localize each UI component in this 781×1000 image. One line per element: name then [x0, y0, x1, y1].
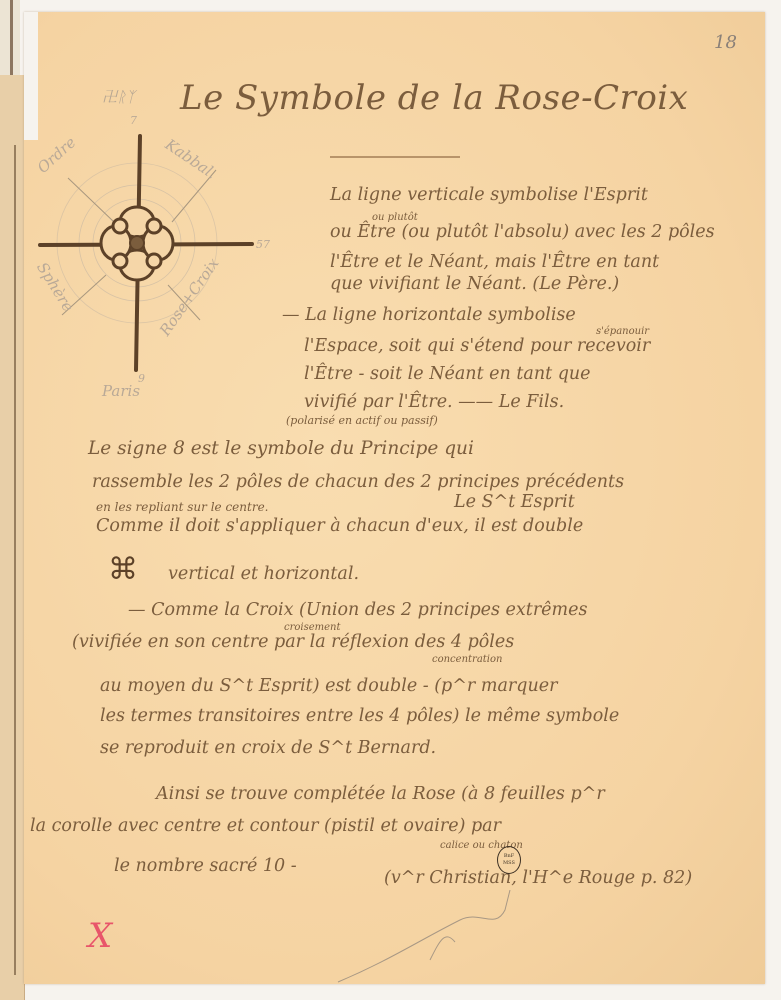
paragraph-horizontal-line-3: l'Être - soit le Néant en tant que — [304, 364, 591, 384]
paragraph-cross-union-3: au moyen du S^t Esprit) est double - (p^… — [100, 676, 557, 696]
library-stamp: BnF MSS — [497, 846, 521, 874]
paragraph-horizontal-line-4: vivifié par l'Être. —— Le Fils. — [304, 392, 564, 412]
note-polarise: (polarisé en actif ou passif) — [286, 414, 438, 427]
paragraph-vertical-line-3: l'Être et le Néant, mais l'Être en tant — [330, 252, 659, 272]
paragraph-rose-complete-1: Ainsi se trouve complétée la Rose (à 8 f… — [156, 784, 605, 804]
diagram-tick-bottom: 9 — [138, 372, 145, 385]
underlying-page-border — [14, 145, 16, 975]
pencil-scribble — [330, 890, 590, 990]
label-saint-esprit: Le S^t Esprit — [454, 492, 575, 512]
red-pencil-mark: X — [88, 916, 112, 956]
stamp-line-1: BnF — [504, 853, 514, 860]
quatrefoil-icon: ⌘ — [108, 552, 138, 587]
paragraph-cross-union-1: — Comme la Croix (Union des 2 principes … — [128, 600, 587, 620]
binding-thread — [10, 0, 13, 75]
pencil-annotation: 卍ᚱᛉ — [102, 86, 135, 107]
paragraph-vertical-line-2: ou Être (ou plutôt l'absolu) avec les 2 … — [330, 222, 715, 242]
paragraph-horizontal-line-2: l'Espace, soit qui s'étend pour recevoir — [304, 336, 650, 356]
paragraph-sign-eight-2: rassemble les 2 pôles de chacun des 2 pr… — [92, 472, 624, 492]
diagram-tick-top: 7 — [130, 114, 137, 127]
paragraph-sign-eight-3: en les repliant sur le centre. — [96, 500, 269, 514]
title-underline — [330, 156, 460, 158]
rose-cross-diagram: Ordre Kabbal. Sphère Rose+Croix Paris 7 … — [34, 110, 274, 430]
underlying-page-edge — [0, 75, 25, 1000]
paragraph-cross-union-5: se reproduit en croix de S^t Bernard. — [100, 738, 436, 758]
paragraph-cross-union-2: (vivifiée en son centre par la réflexion… — [72, 632, 514, 652]
citation: (v^r Christian, l'H^e Rouge p. 82) — [384, 868, 692, 888]
diagram-tick-right: 57 — [256, 238, 270, 251]
rose-cross-icon — [34, 110, 274, 430]
paragraph-rose-complete-3: le nombre sacré 10 - — [114, 856, 297, 876]
paragraph-vertical-line-1: La ligne verticale symbolise l'Esprit — [330, 185, 648, 205]
folio-number: 18 — [714, 32, 737, 53]
paragraph-sign-eight-5: Comme il doit s'appliquer à chacun d'eux… — [96, 516, 583, 536]
insertion-concentration: concentration — [432, 654, 502, 665]
paragraph-vertical-line-4: que vivifiant le Néant. (Le Père.) — [330, 274, 619, 294]
stamp-line-2: MSS — [503, 860, 515, 867]
paragraph-horizontal-line-1: — La ligne horizontale symbolise — [282, 305, 576, 325]
diagram-label-bottom: Paris — [102, 382, 140, 400]
paragraph-rose-complete-2: la corolle avec centre et contour (pisti… — [30, 816, 501, 836]
paragraph-cross-union-4: les termes transitoires entre les 4 pôle… — [100, 706, 619, 726]
paragraph-sign-eight-6: vertical et horizontal. — [168, 564, 359, 584]
paragraph-sign-eight-1: Le signe 8 est le symbole du Principe qu… — [88, 438, 474, 459]
